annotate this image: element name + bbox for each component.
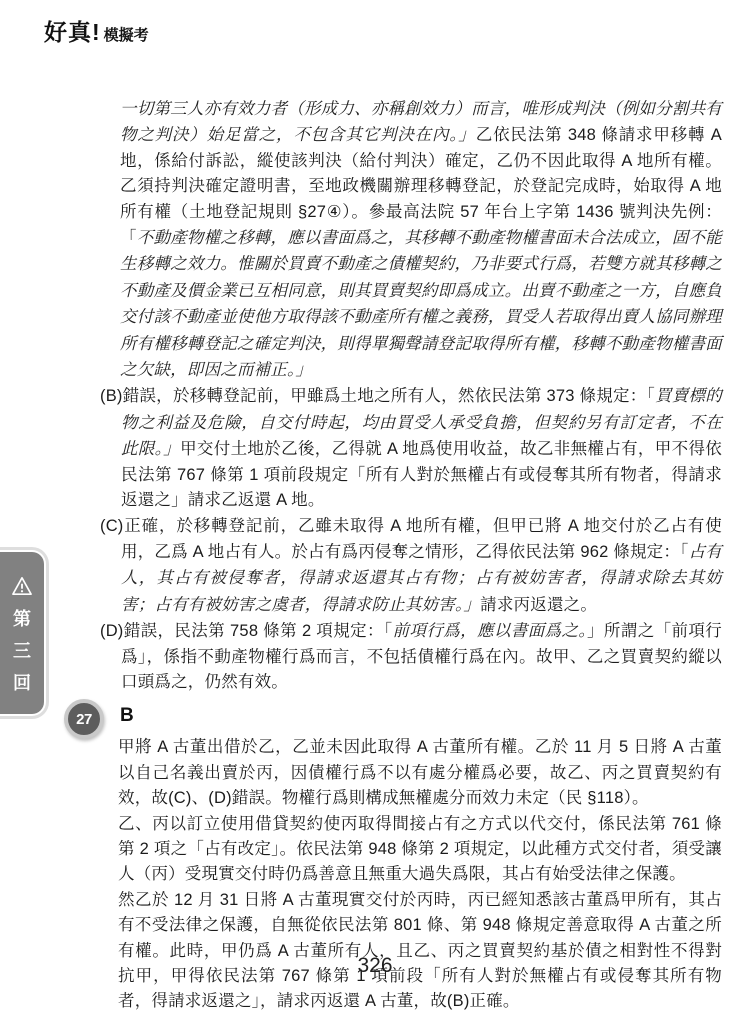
judgment-quote-text: 不動產物權之移轉，應以書面爲之，其移轉不動產物權書面未合法成立，固不能生移轉之效… — [120, 228, 722, 379]
option-c-explanation: (C)正確，於移轉登記前，乙雖未取得 A 地所有權，但甲已將 A 地交付於乙占有… — [100, 514, 722, 619]
brand-logo: 好真!模擬考 — [44, 14, 149, 47]
explanation-text: 正確，於移轉登記前，乙雖未取得 A 地所有權，但甲已將 A 地交付於乙占有使用，… — [121, 517, 722, 561]
chapter-tab-char: 第 — [13, 610, 31, 628]
statute-quote-text: 前項行爲，應以書面爲之。 — [393, 621, 588, 640]
question-27-paragraph: 然乙於 12 月 31 日將 A 古董現實交付於丙時，丙已經知悉該古董爲甲所有，… — [100, 888, 722, 1015]
chapter-tab-char: 三 — [13, 642, 31, 660]
chapter-tab-round-3: 第 三 回 — [0, 552, 44, 714]
option-marker: (D) — [100, 622, 124, 640]
question-27-answer-row: 27 B — [120, 702, 722, 730]
brand-title: 好真! — [44, 19, 101, 45]
explanation-text: 請求丙返還之。 — [480, 596, 597, 614]
explanation-text: 錯誤，於移轉登記前，甲雖爲土地之所有人，然依民法第 373 條規定：「 — [123, 387, 655, 405]
brand-subtitle: 模擬考 — [104, 27, 149, 44]
option-b-explanation: (B)錯誤，於移轉登記前，甲雖爲土地之所有人，然依民法第 373 條規定：「買賣… — [100, 383, 722, 513]
option-marker: (B) — [100, 387, 123, 405]
question-27-paragraph: 乙、丙以訂立使用借貸契約使丙取得間接占有之方式以代交付，係民法第 761 條第 … — [100, 812, 722, 888]
option-d-explanation: (D)錯誤，民法第 758 條第 2 項規定：「前項行爲，應以書面爲之。」所謂之… — [100, 618, 722, 695]
explanation-text: 錯誤，民法第 758 條第 2 項規定：「 — [124, 622, 393, 640]
option-a-continuation-paragraph: 一切第三人亦有效力者（形成力、亦稱創效力）而言，唯形成判決（例如分割共有物之判決… — [100, 96, 722, 383]
question-number-badge: 27 — [64, 699, 104, 739]
page-number: 326 — [0, 954, 750, 978]
main-content: 一切第三人亦有效力者（形成力、亦稱創效力）而言，唯形成判決（例如分割共有物之判決… — [100, 96, 722, 1015]
explanation-text: 甲交付土地於乙後，乙得就 A 地爲使用收益，故乙非無權占有，甲不得依民法第 76… — [121, 440, 722, 509]
question-27-paragraph: 甲將 A 古董出借於乙，乙並未因此取得 A 古董所有權。乙於 11 月 5 日將… — [100, 735, 722, 811]
question-number: 27 — [76, 707, 92, 732]
warning-icon — [11, 576, 33, 596]
book-page: 好真!模擬考 第 三 回 一切第三人亦有效力者（形成力、亦稱創效力）而言，唯形成… — [0, 0, 750, 1017]
option-marker: (C) — [100, 517, 124, 535]
answer-letter: B — [120, 705, 134, 726]
chapter-tab-char: 回 — [13, 674, 31, 692]
